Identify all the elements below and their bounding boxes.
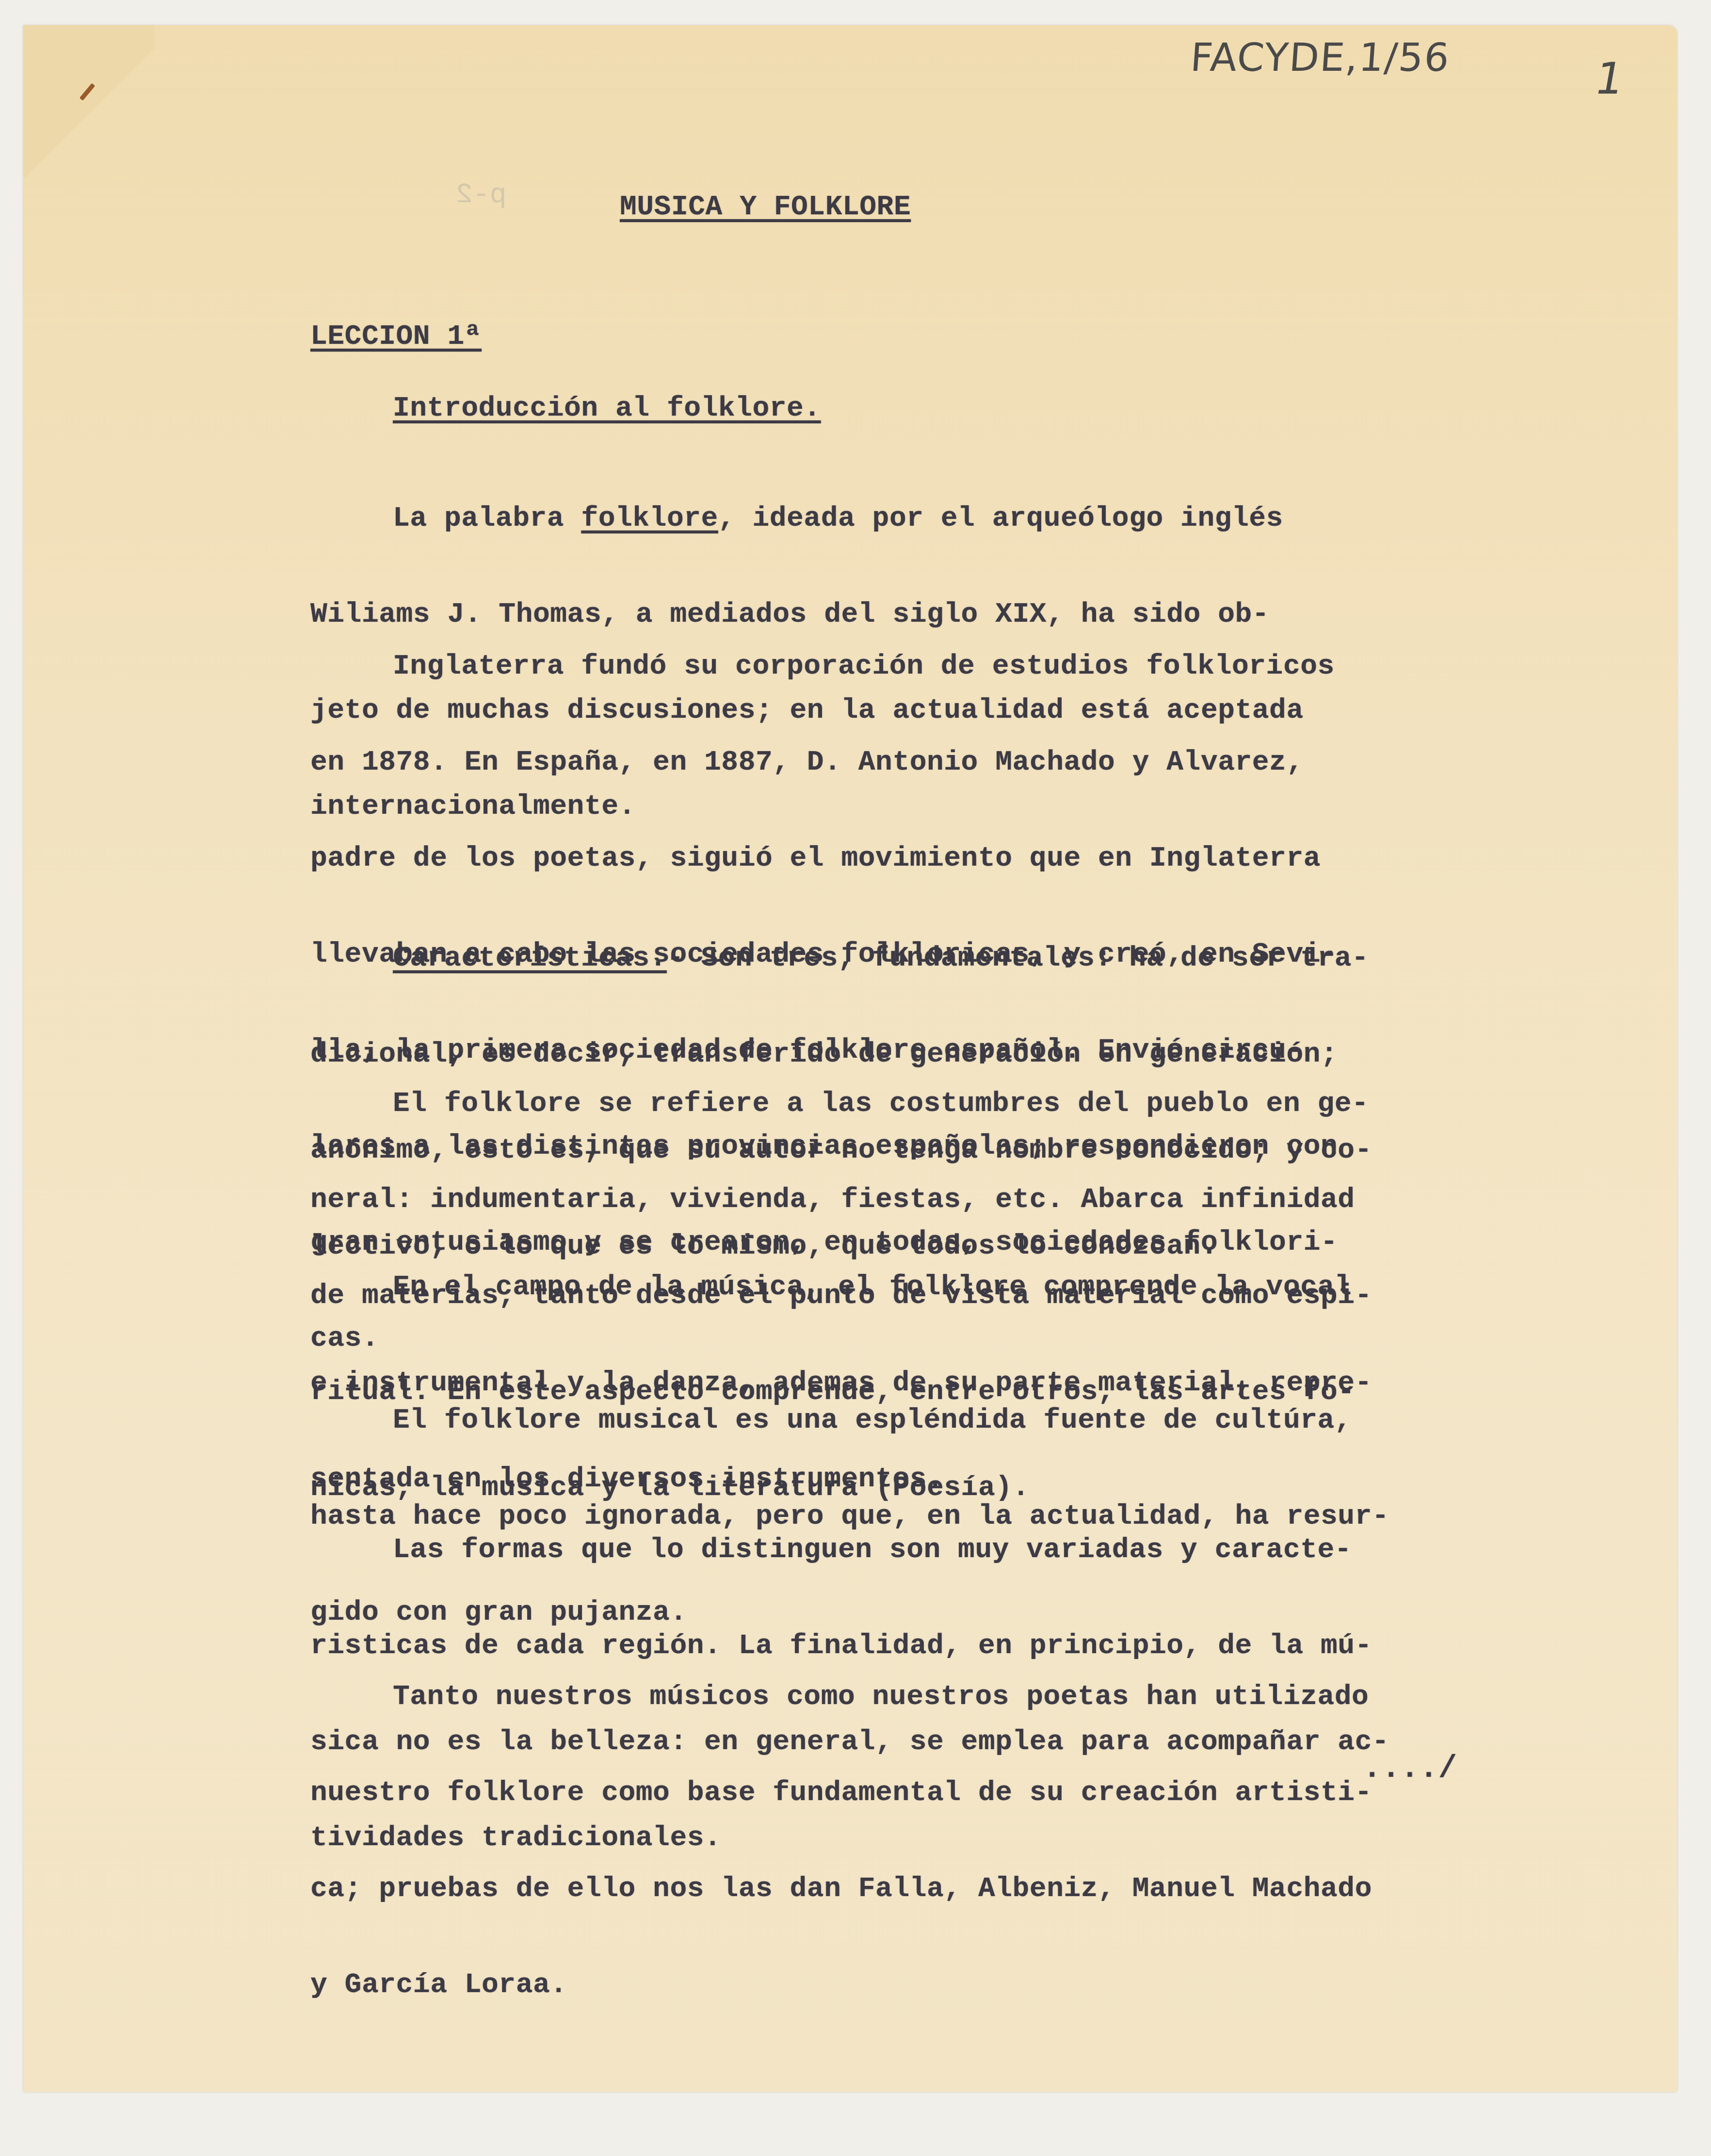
text-line: ca; pruebas de ello nos las dan Falla, A… (310, 1873, 1372, 1905)
folded-corner (23, 25, 154, 200)
document-title: MUSICA Y FOLKLORE (620, 192, 911, 224)
text-line: Las formas que lo distinguen son muy var… (310, 1534, 1389, 1566)
bleed-through-mark: p-2 (456, 179, 506, 211)
archive-reference: FACYDE,1/56 (1189, 35, 1452, 80)
lesson-heading: LECCION 1ª (310, 321, 482, 353)
text-line: nuestro folklore como base fundamental d… (310, 1777, 1372, 1809)
text-line: El folklore se refiere a las costumbres … (310, 1088, 1372, 1120)
text-line: y García Loraa. (310, 1969, 1372, 2001)
text-line: El folklore musical es una espléndida fu… (310, 1405, 1389, 1437)
text-line: La palabra folklore, ideada por el arque… (310, 503, 1304, 535)
continuation-mark: ..../ (1363, 1753, 1457, 1785)
characteristics-heading: Características. (393, 943, 667, 974)
section-heading: Introducción al folklore. (393, 393, 821, 425)
text-line: en 1878. En España, en 1887, D. Antonio … (310, 747, 1338, 779)
text-line: Tanto nuestros músicos como nuestros poe… (310, 1681, 1372, 1713)
text-line: Inglaterra fundó su corporación de estud… (310, 651, 1338, 683)
text-line: padre de los poetas, siguió el movimient… (310, 843, 1338, 875)
text-line: Características.- Son tres, fundamentale… (310, 943, 1372, 975)
text-line: En el campo de la música, el folklore co… (310, 1271, 1372, 1303)
underlined-term: folklore (581, 503, 718, 534)
paragraph-artists: Tanto nuestros músicos como nuestros poe… (310, 1617, 1372, 2033)
